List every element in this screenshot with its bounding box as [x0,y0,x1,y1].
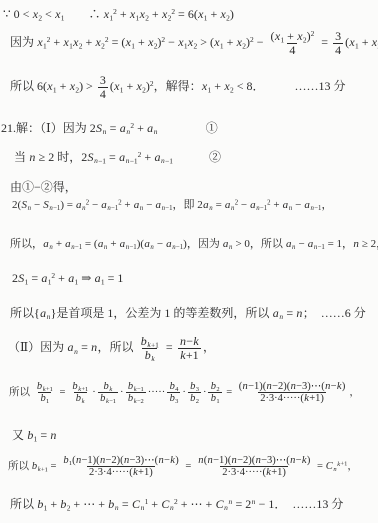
math-line-11: （Ⅱ）因为 an = n，所以 bk+1bk = n−kk+1， [8,335,215,362]
math-line-5: 当 n ≥ 2 时，2Sn−1 = an−12 + an−1 ② [14,150,221,165]
math-line-8: 所以，an + an−1 = (an + an−1)(an − an−1)，因为… [10,238,378,252]
math-line-2: 因为 x12 + x1x2 + x22 = (x1 + x2)2 − x1x2 … [10,30,378,57]
math-line-7: 2(Sn − Sn−1) = an2 − an−12 + an − an−1，即… [12,199,332,213]
math-line-15: 所以 b1 + b2 + ⋯ + bn = Cn1 + Cn2 + ⋯ + Cn… [10,497,343,512]
math-line-12: 所以 bk+1b1 = bk+1bk·bkbk−1·bk−1bk−2·····b… [9,381,360,405]
math-line-3: 所以 6(x1 + x2) > 34(x1 + x2)2，解得：x1 + x2 … [10,74,345,101]
math-line-1: ∵ 0 < x2 < x1 ∴ x12 + x1x2 + x22 = 6(x1 … [3,7,234,22]
math-line-9: 2S1 = a12 + a1 ⇒ a1 = 1 [12,271,123,286]
math-line-6: 由①−②得， [10,180,77,195]
math-line-10: 所以{an}是首项是 1，公差为 1 的等差数列，所以 an = n； ……6 … [10,306,366,321]
math-line-13: 又 b1 = n [12,428,57,443]
math-solution-document: ∵ 0 < x2 < x1 ∴ x12 + x1x2 + x22 = 6(x1 … [0,0,378,523]
math-line-4: 21.解：（Ⅰ）因为 2Sn = an2 + an ① [1,121,218,136]
math-line-14: 所以 bk+1 = b1(n−1)(n−2)(n−3)⋯(n−k)2·3·4··… [8,455,358,479]
